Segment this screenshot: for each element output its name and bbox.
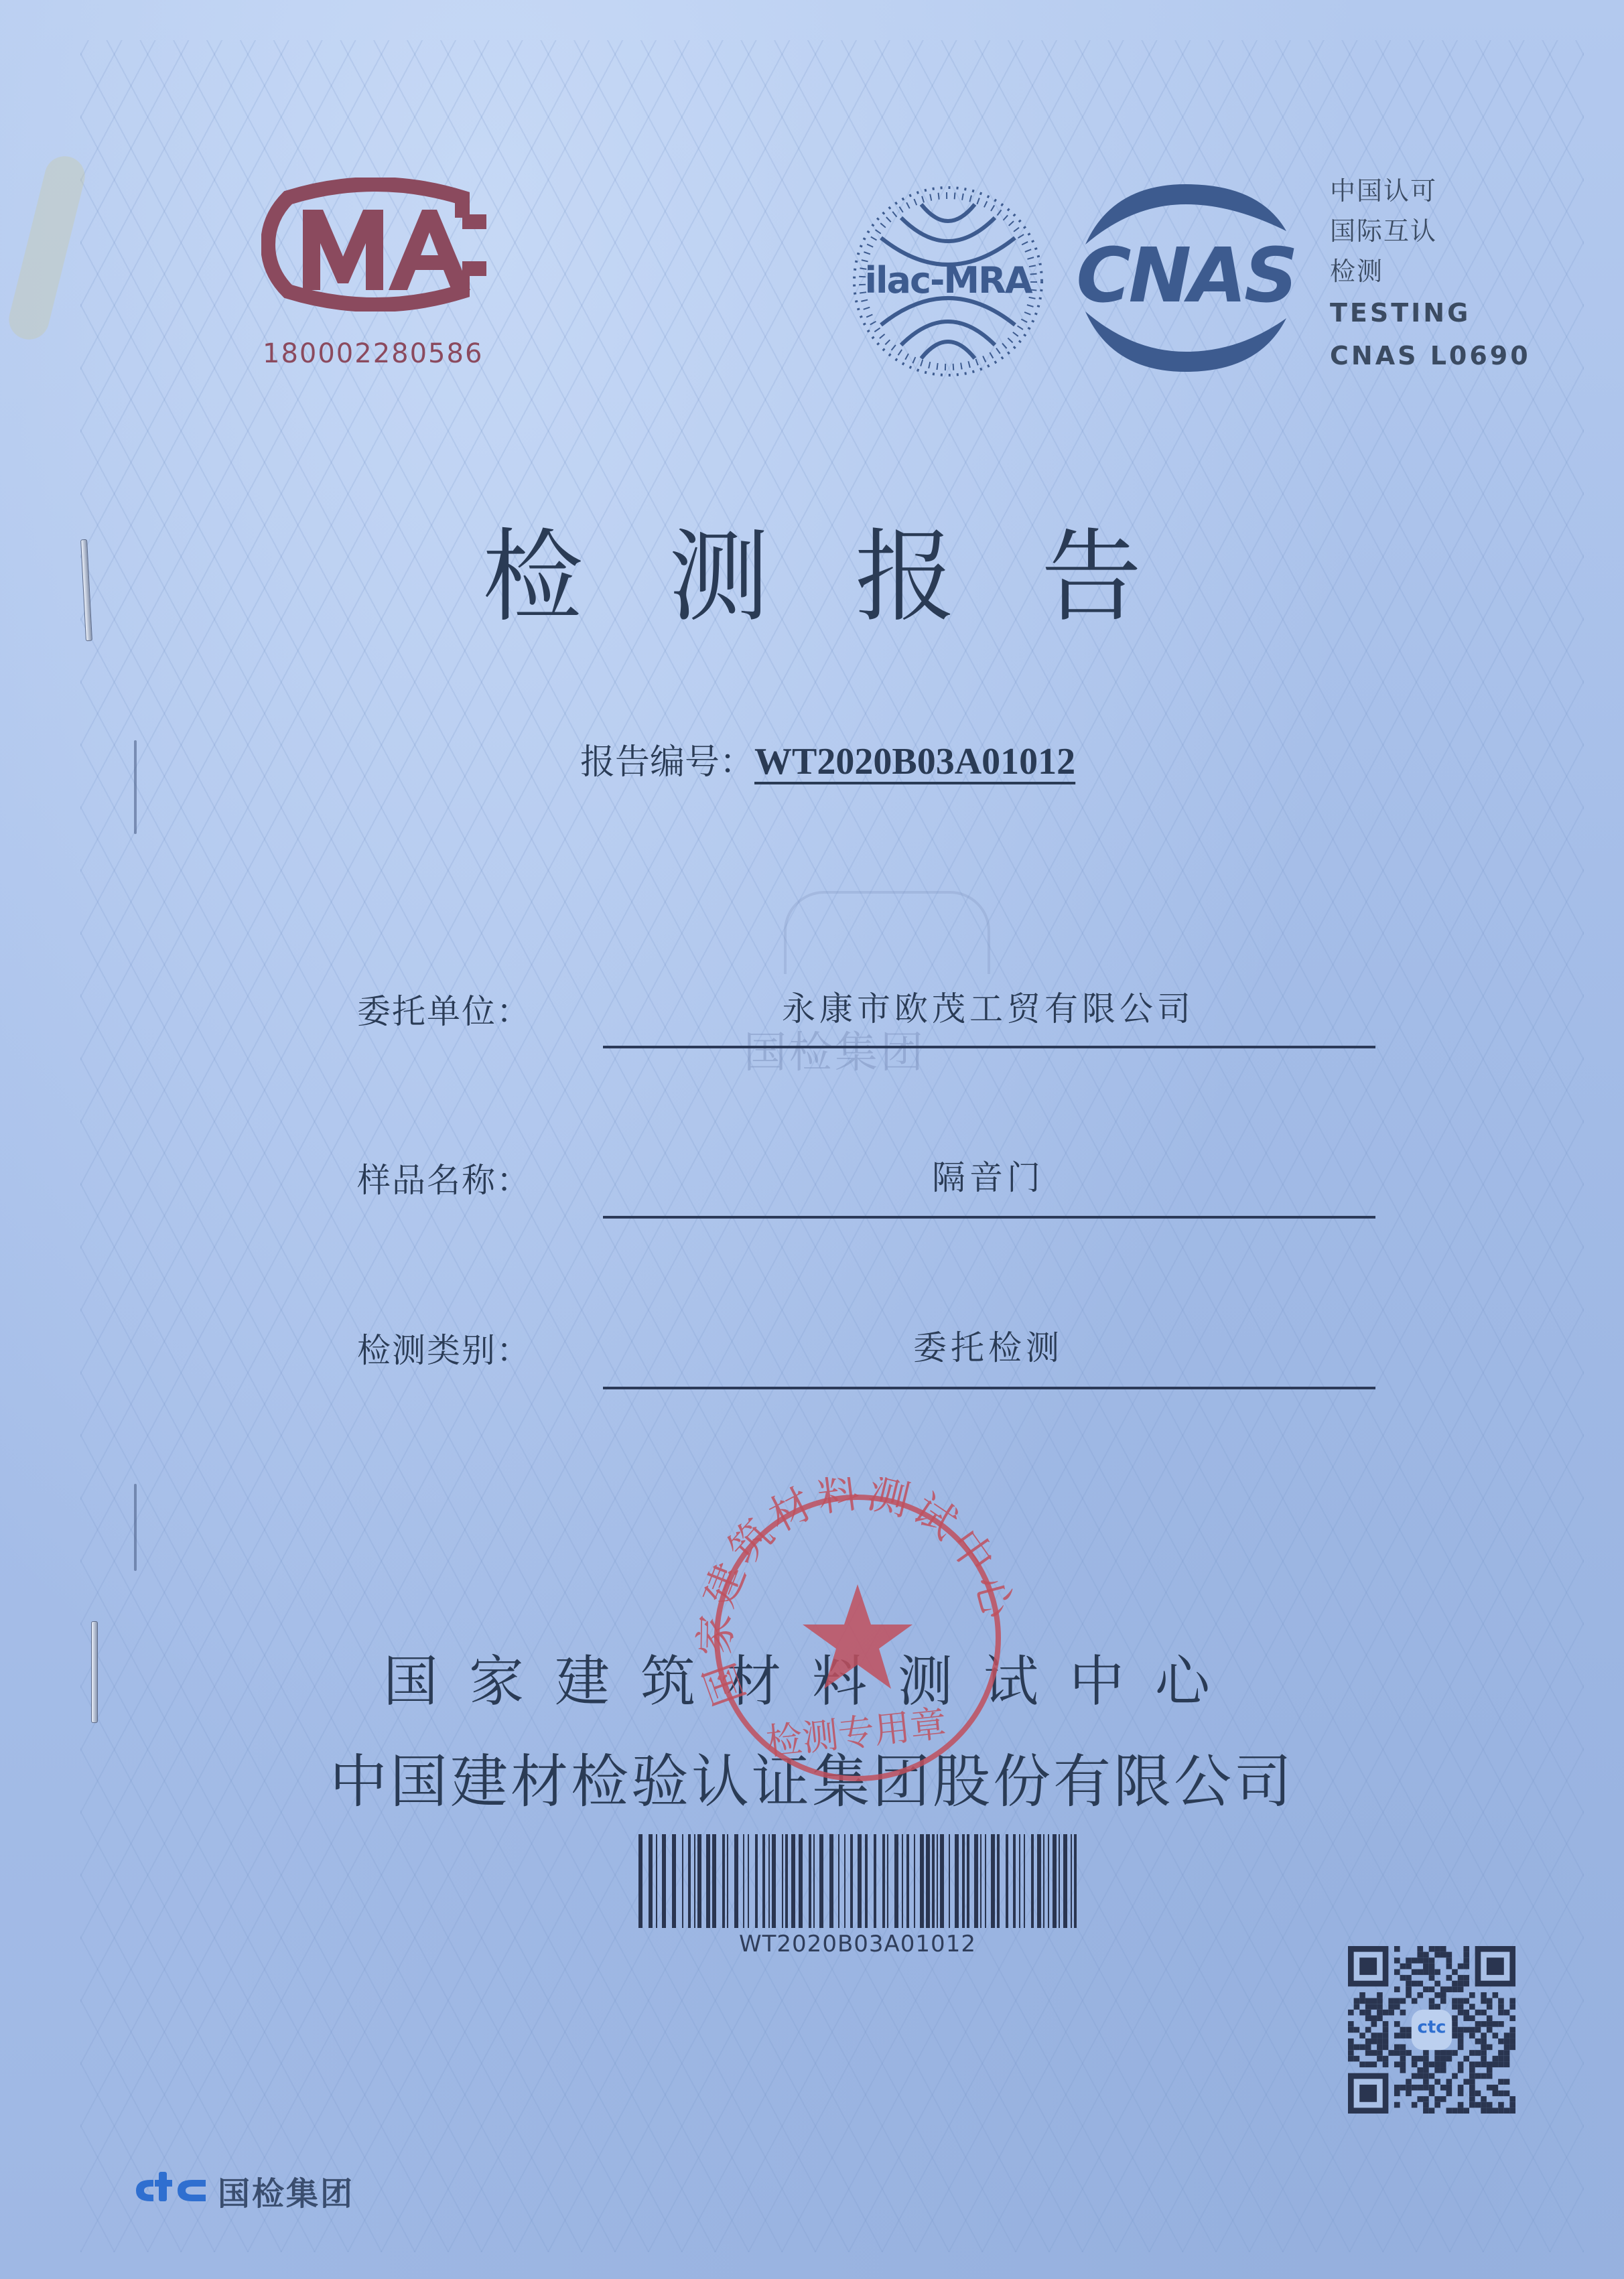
page-title: 检测报告	[0, 496, 1624, 640]
cnas-line-en: TESTING	[1330, 291, 1531, 334]
sample-name-label: 样品名称：	[357, 1154, 531, 1202]
official-seal: 国家建筑材料测试中心 检测专用章	[690, 1477, 1025, 1812]
sample-name-underline	[603, 1216, 1375, 1219]
cma-certificate-number: 180002280586	[263, 338, 483, 369]
footer-company-name: 国检集团	[218, 2168, 354, 2214]
staple-mark	[134, 1484, 137, 1571]
document-page: 180002280586 ilac-MRA CNAS 中国认可 国际互认 检测 …	[0, 0, 1624, 2279]
cnas-line-en: CNAS L0690	[1330, 334, 1531, 377]
test-type-value: 委托检测	[603, 1321, 1373, 1369]
svg-text:CNAS: CNAS	[1076, 232, 1295, 320]
sample-name-value: 隔音门	[603, 1151, 1373, 1199]
barcode-text: WT2020B03A01012	[633, 1931, 1082, 1957]
cnas-line-cn: 检测	[1330, 251, 1531, 291]
cma-logo-icon	[261, 178, 489, 312]
paper-stain	[5, 152, 89, 344]
test-type-underline	[603, 1387, 1375, 1389]
title-char: 报	[855, 496, 955, 640]
title-char: 测	[669, 496, 769, 640]
watermark-emblem	[784, 891, 990, 974]
report-number-value: WT2020B03A01012	[754, 741, 1075, 782]
staple-mark	[134, 740, 137, 834]
cnas-line-cn: 国际互认	[1330, 211, 1531, 251]
client-value: 永康市欧茂工贸有限公司	[603, 982, 1373, 1030]
ctc-logo-icon	[131, 2165, 211, 2205]
ilac-mra-logo-icon: ilac-MRA	[848, 178, 1048, 385]
cnas-accreditation-text: 中国认可 国际互认 检测 TESTING CNAS L0690	[1330, 171, 1531, 377]
report-number: 报告编号：WT2020B03A01012	[580, 734, 1075, 784]
client-label: 委托单位：	[357, 985, 531, 1033]
report-number-label: 报告编号：	[580, 742, 754, 782]
cnas-logo-icon: CNAS	[1059, 178, 1313, 378]
test-type-label: 检测类别：	[357, 1324, 531, 1372]
svg-text:ctc: ctc	[1417, 2017, 1446, 2037]
title-char: 告	[1041, 496, 1142, 640]
client-underline	[603, 1046, 1375, 1048]
barcode-icon	[633, 1834, 1082, 1935]
title-char: 检	[482, 496, 583, 640]
svg-text:ilac-MRA: ilac-MRA	[865, 259, 1033, 301]
qr-code-icon[interactable]: ctc	[1348, 1946, 1515, 2114]
cnas-line-cn: 中国认可	[1330, 171, 1531, 211]
